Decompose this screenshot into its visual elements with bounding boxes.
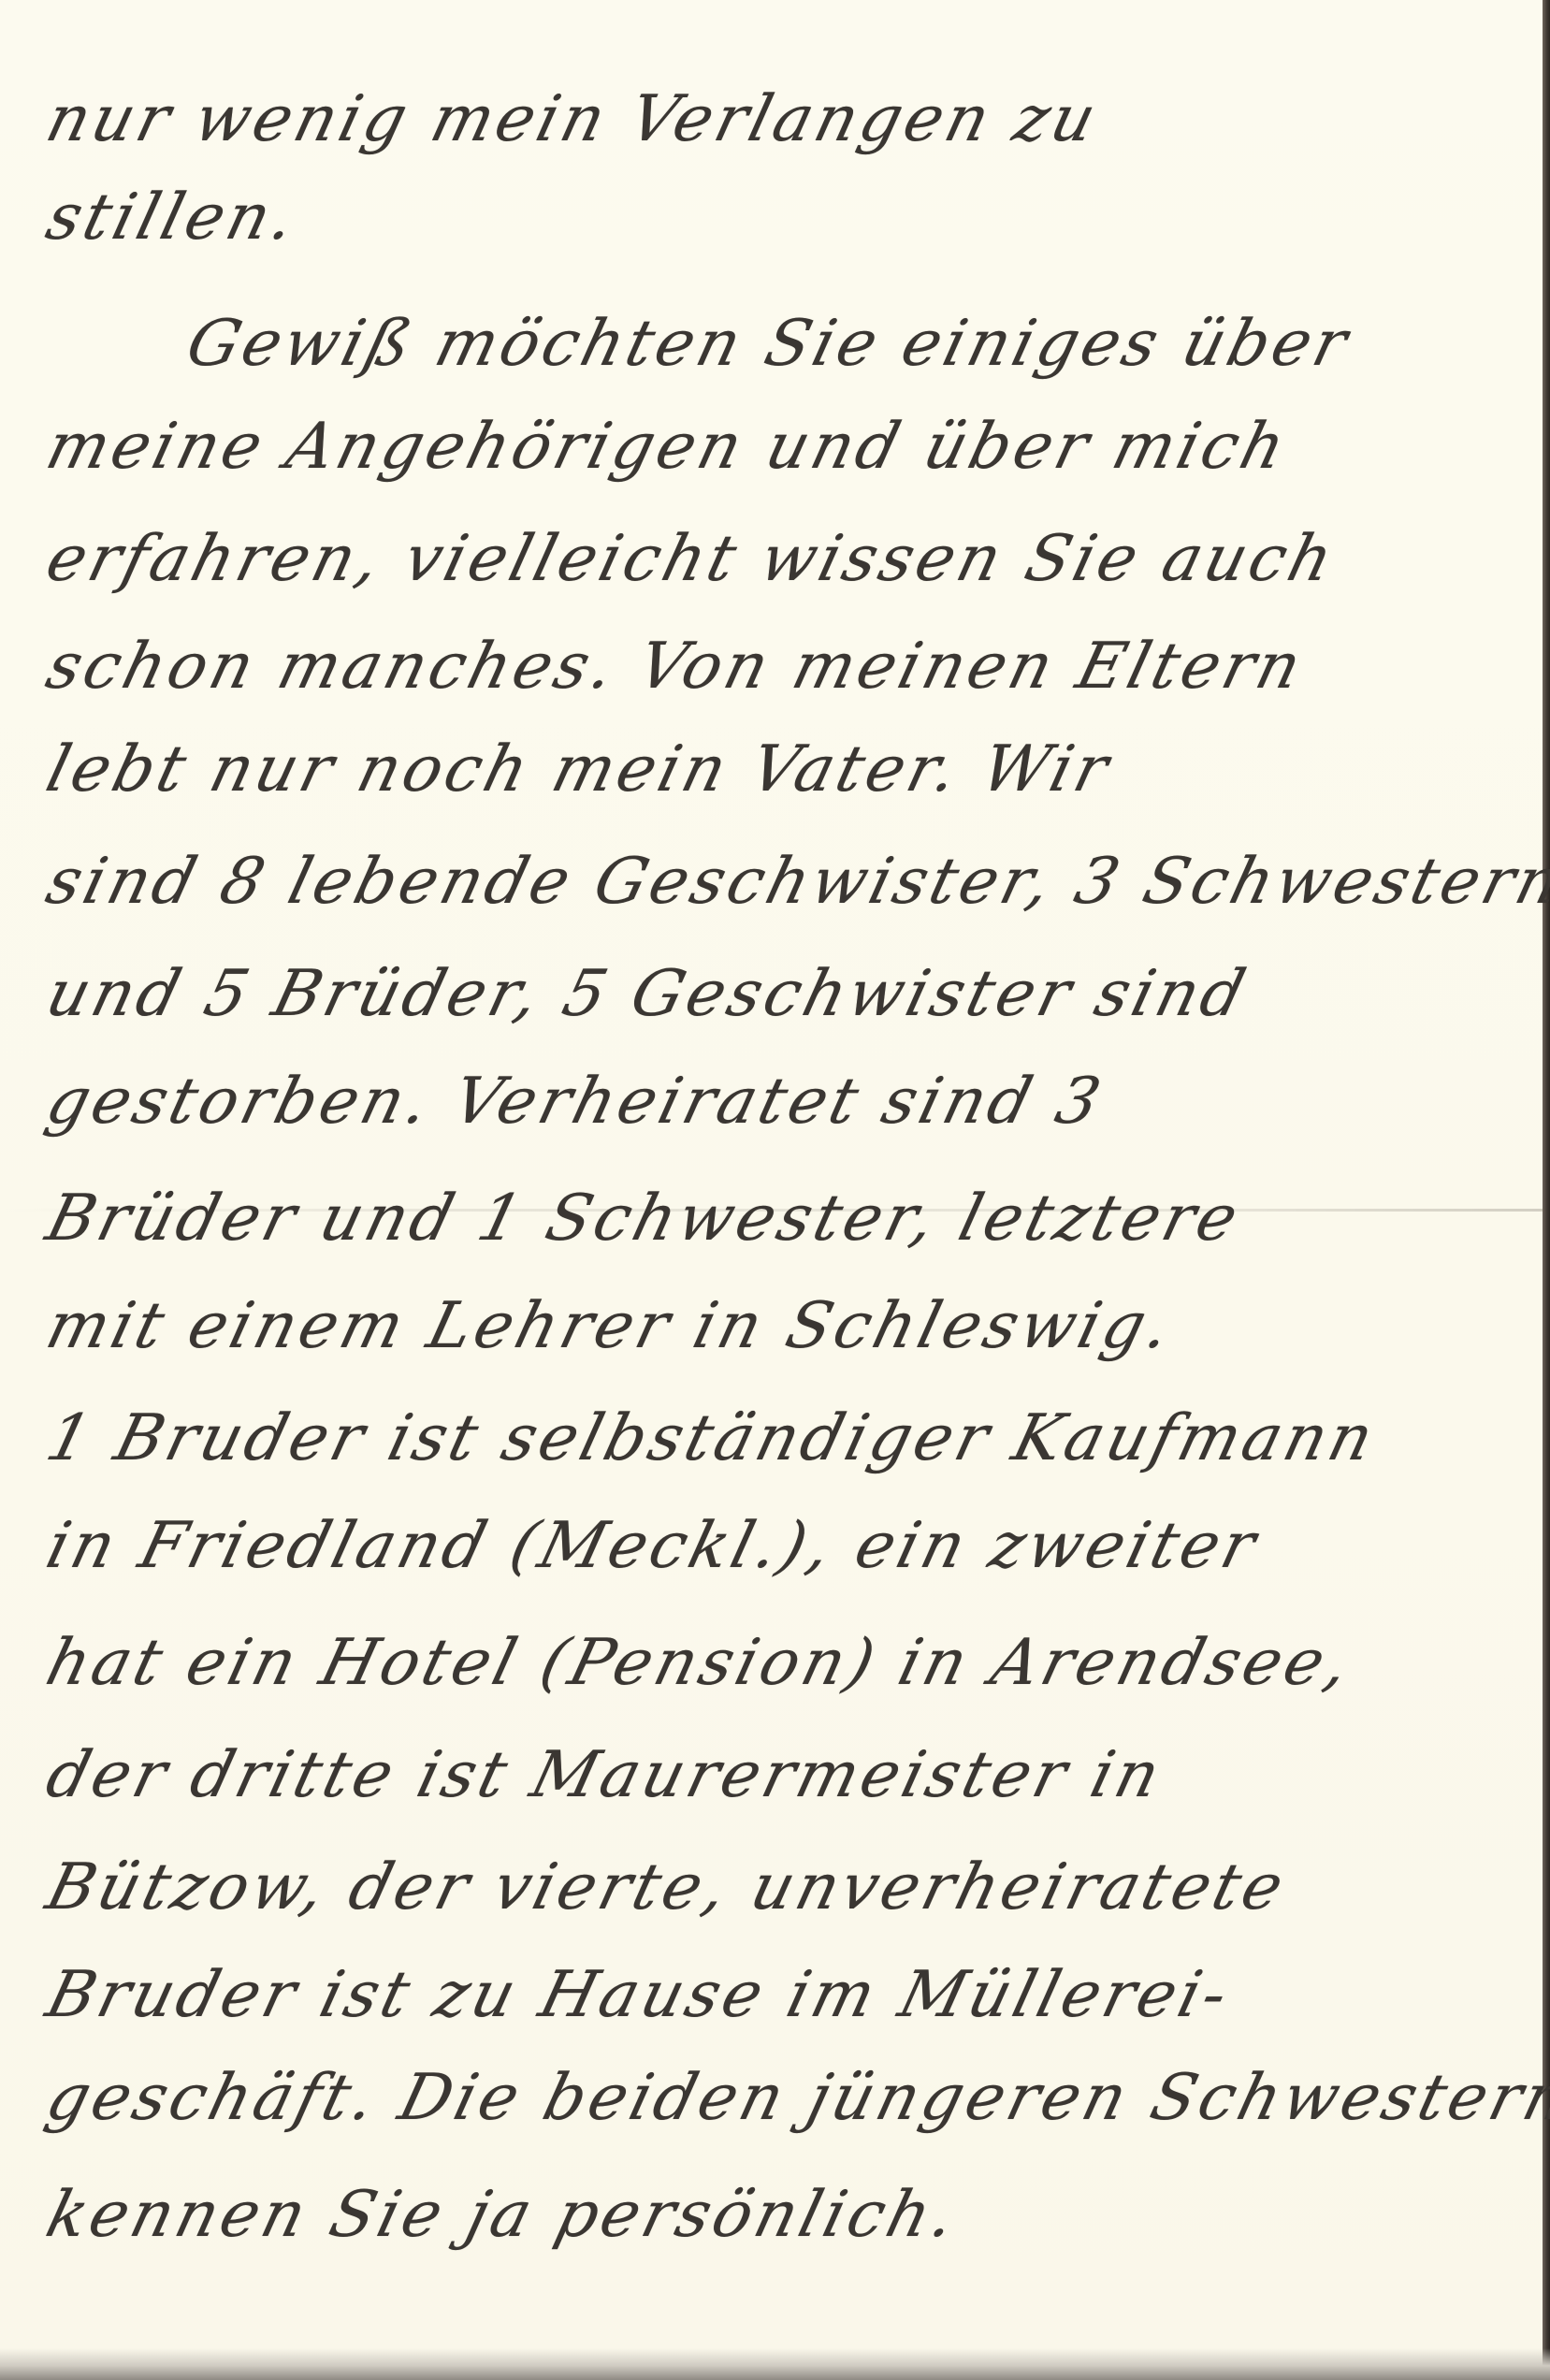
letter-line: stillen. (39, 181, 306, 254)
letter-line: der dritte ist Maurermeister in (39, 1738, 1170, 1812)
letter-line: mit einem Lehrer in Schleswig. (39, 1289, 1181, 1363)
letter-line: hat ein Hotel (Pension) in Arendsee, (39, 1626, 1360, 1700)
scan-edge-shadow (1543, 0, 1550, 2380)
letter-line: Brüder und 1 Schwester, letztere (39, 1182, 1249, 1255)
letter-line: Bruder ist zu Hause im Müllerei- (39, 1958, 1239, 2032)
letter-line: meine Angehörigen und über mich (39, 410, 1296, 484)
letter-line: gestorben. Verheiratet sind 3 (39, 1065, 1111, 1139)
letter-line: Bützow, der vierte, unverheiratete (39, 1850, 1294, 1924)
letter-line: und 5 Brüder, 5 Geschwister sind (39, 957, 1255, 1031)
letter-line: kennen Sie ja persönlich. (39, 2178, 966, 2252)
letter-line: 1 Bruder ist selbständiger Kaufmann (39, 1401, 1383, 1475)
letter-line: sind 8 lebende Geschwister, 3 Schwestern (39, 845, 1550, 919)
letter-line: lebt nur noch mein Vater. Wir (39, 733, 1119, 806)
scan-bottom-shadow (0, 2348, 1550, 2380)
letter-line: nur wenig mein Verlangen zu (39, 82, 1107, 156)
letter-line: schon manches. Von meinen Eltern (39, 630, 1311, 704)
letter-line: geschäft. Die beiden jüngeren Schwestern (39, 2061, 1550, 2135)
letter-line: in Friedland (Meckl.), ein zweiter (39, 1509, 1267, 1583)
letter-line-paragraph-start: Gewiß möchten Sie einiges über (180, 307, 1358, 381)
letter-line: erfahren, vielleicht wissen Sie auch (39, 522, 1343, 596)
